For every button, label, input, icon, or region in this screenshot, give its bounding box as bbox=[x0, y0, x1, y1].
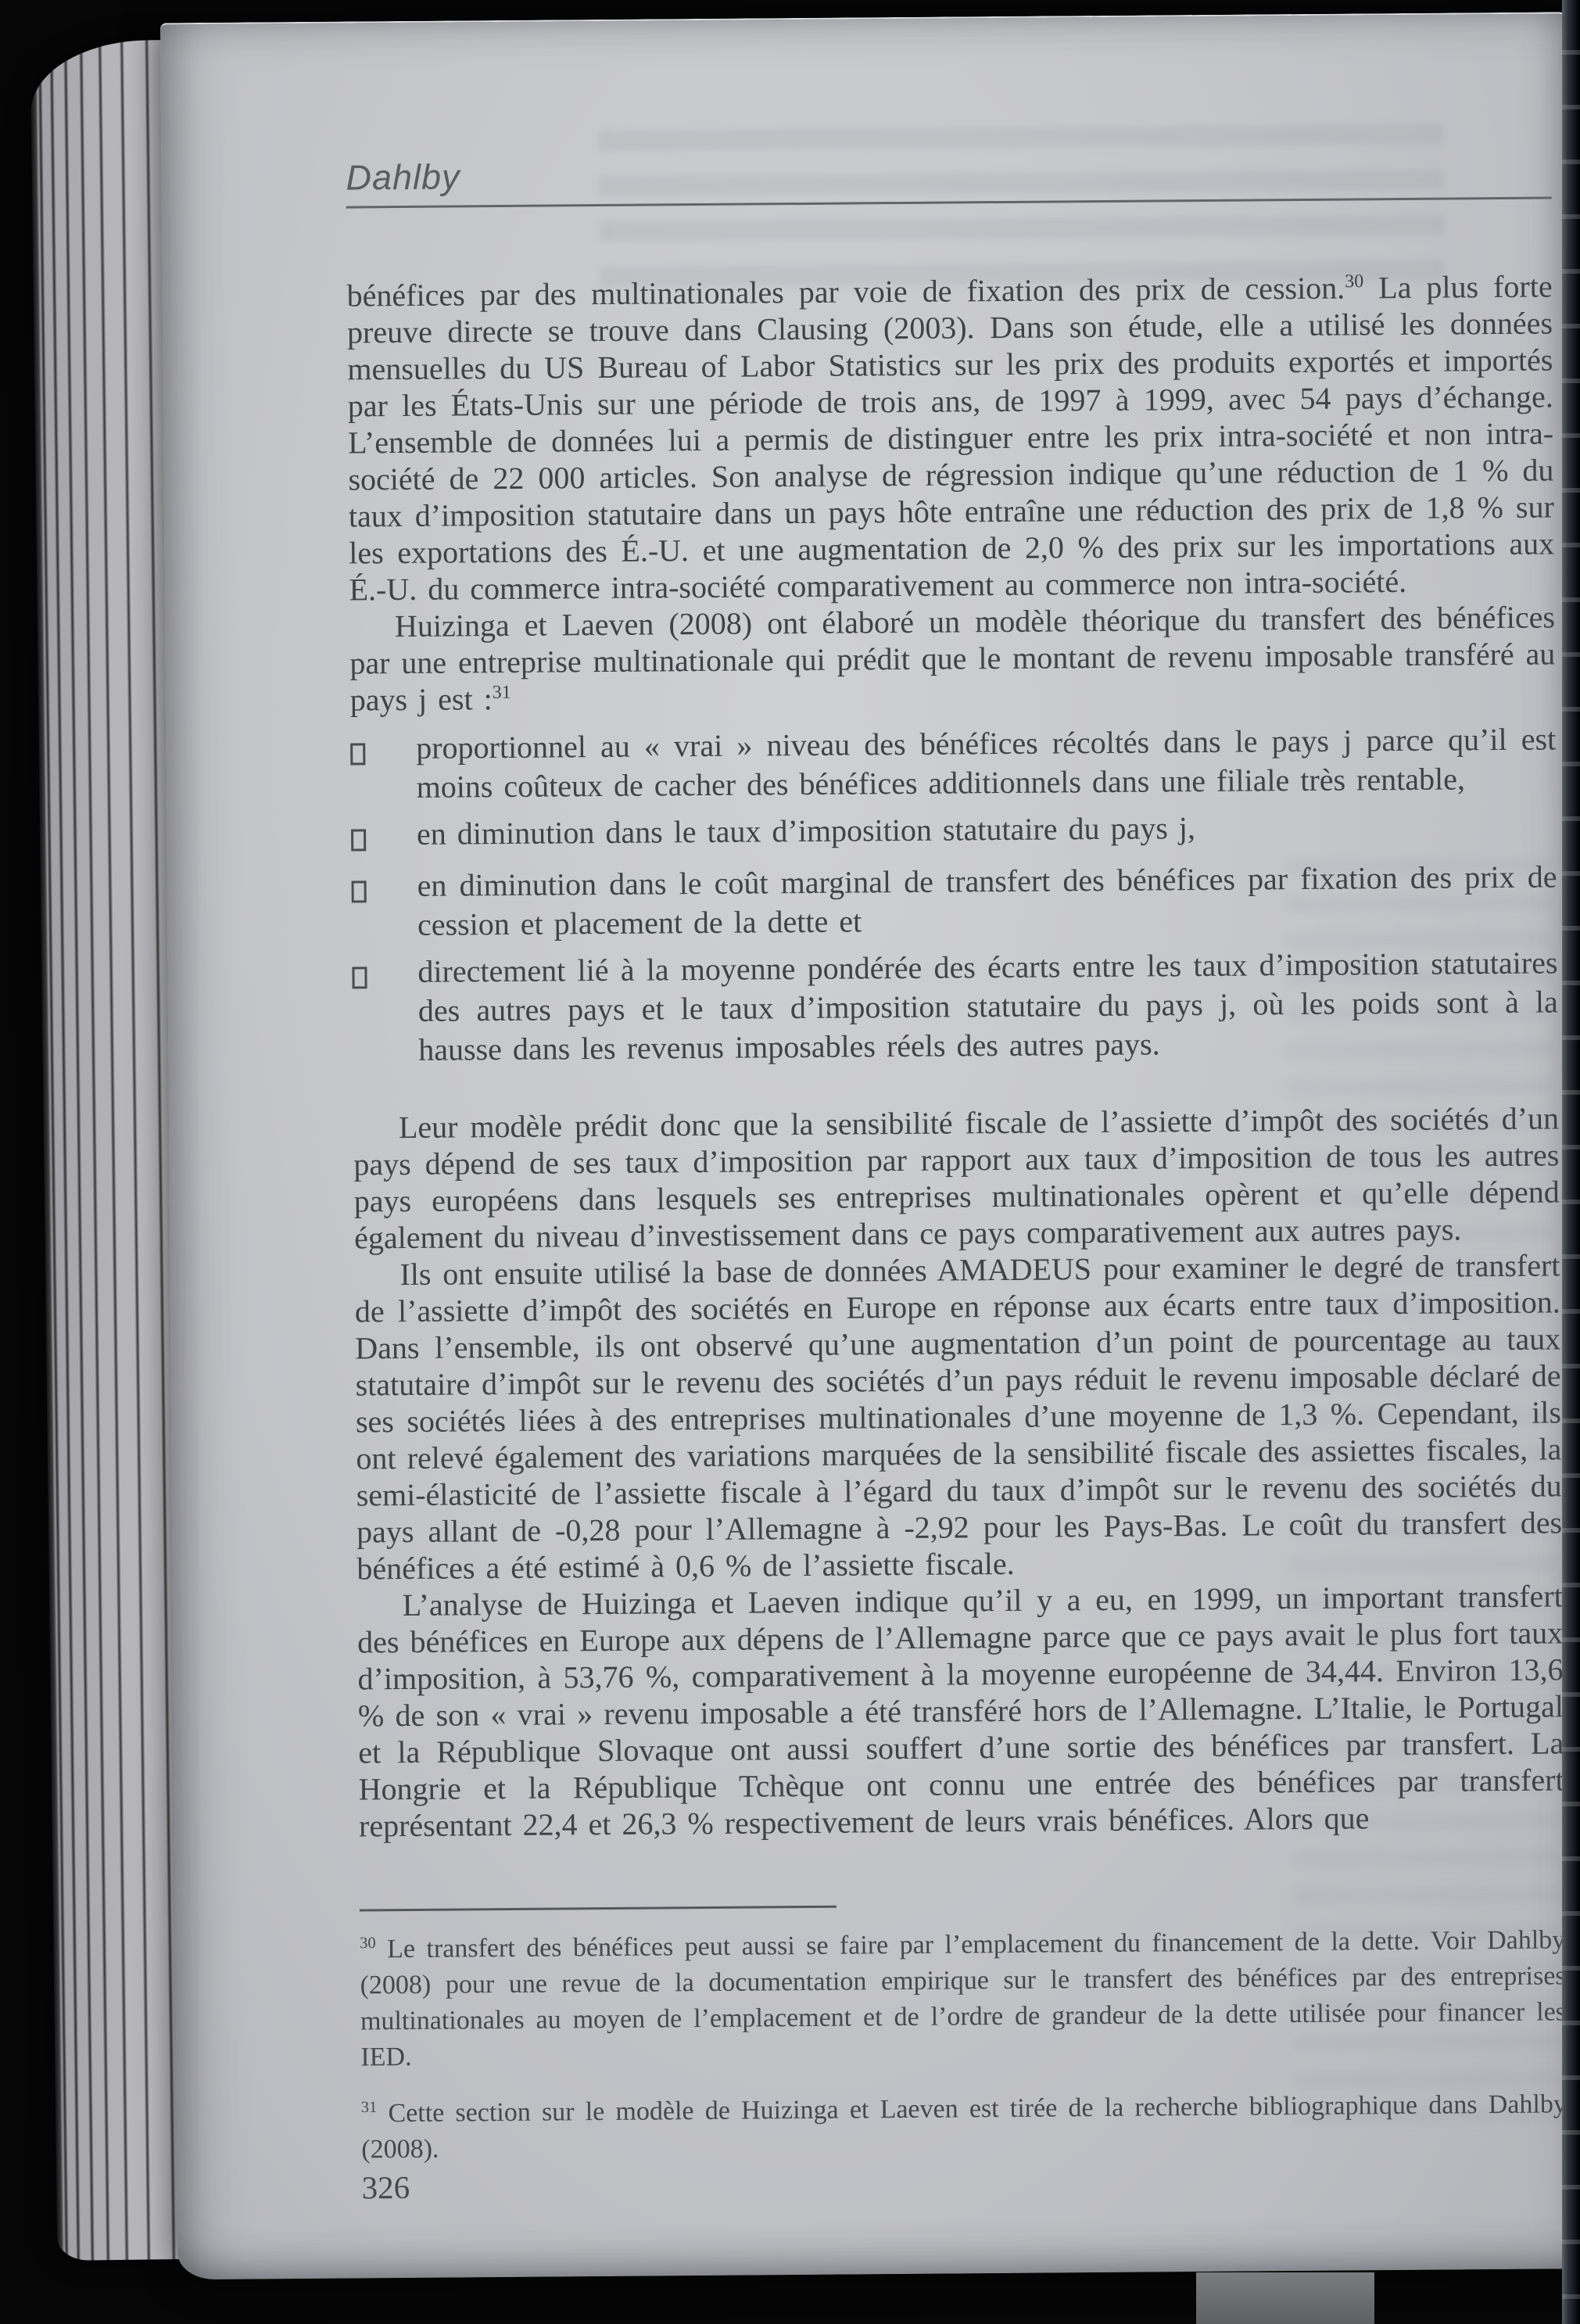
paragraph-2: Huizinga et Laeven (2008) ont élaboré un… bbox=[349, 598, 1556, 718]
header-rule bbox=[346, 196, 1552, 208]
bullet-text: directement lié à la moyenne pondérée de… bbox=[417, 943, 1558, 1069]
book-page: Dahlby bénéfices par des multinationales… bbox=[160, 12, 1580, 2279]
footnote-30: 30 Le transfert des bénéfices peut aussi… bbox=[360, 1922, 1566, 2075]
bullet-list: proportionnel au « vrai » niveau des bén… bbox=[350, 719, 1558, 1070]
bullet-text: en diminution dans le taux d’imposition … bbox=[417, 805, 1557, 858]
page-content: Dahlby bénéfices par des multinationales… bbox=[346, 148, 1564, 1844]
facing-page-edge bbox=[1562, 0, 1580, 2324]
footnotes: 30 Le transfert des bénéfices peut aussi… bbox=[360, 1899, 1567, 2188]
footnote-31: 31 Cette section sur le modèle de Huizin… bbox=[361, 2086, 1567, 2168]
bullet-square-icon bbox=[350, 743, 365, 765]
paragraph-5: L’analyse de Huizinga et Laeven indique … bbox=[357, 1577, 1565, 1844]
bullet-text: proportionnel au « vrai » niveau des bén… bbox=[416, 719, 1557, 806]
bullet-square-icon bbox=[352, 880, 367, 902]
list-item: proportionnel au « vrai » niveau des bén… bbox=[350, 719, 1557, 807]
page-number: 326 bbox=[361, 2168, 410, 2206]
list-item: en diminution dans le coût marginal de t… bbox=[351, 857, 1557, 945]
list-item: directement lié à la moyenne pondérée de… bbox=[352, 943, 1558, 1070]
running-header: Dahlby bbox=[346, 148, 1551, 198]
paragraph-3: Leur modèle prédit donc que la sensibili… bbox=[353, 1099, 1560, 1256]
list-item: en diminution dans le taux d’imposition … bbox=[351, 805, 1557, 859]
bullet-square-icon bbox=[351, 829, 366, 851]
footnote-separator bbox=[360, 1906, 837, 1912]
bullet-text: en diminution dans le coût marginal de t… bbox=[417, 857, 1557, 944]
table-edge bbox=[1196, 2272, 1374, 2324]
book-photo: Dahlby bénéfices par des multinationales… bbox=[0, 0, 1580, 2324]
paragraph-1: bénéfices par des multinationales par vo… bbox=[346, 267, 1554, 608]
body-text: bénéfices par des multinationales par vo… bbox=[346, 267, 1564, 1844]
paragraph-4: Ils ont ensuite utilisé la base de donné… bbox=[354, 1246, 1562, 1587]
bullet-square-icon bbox=[352, 967, 367, 988]
